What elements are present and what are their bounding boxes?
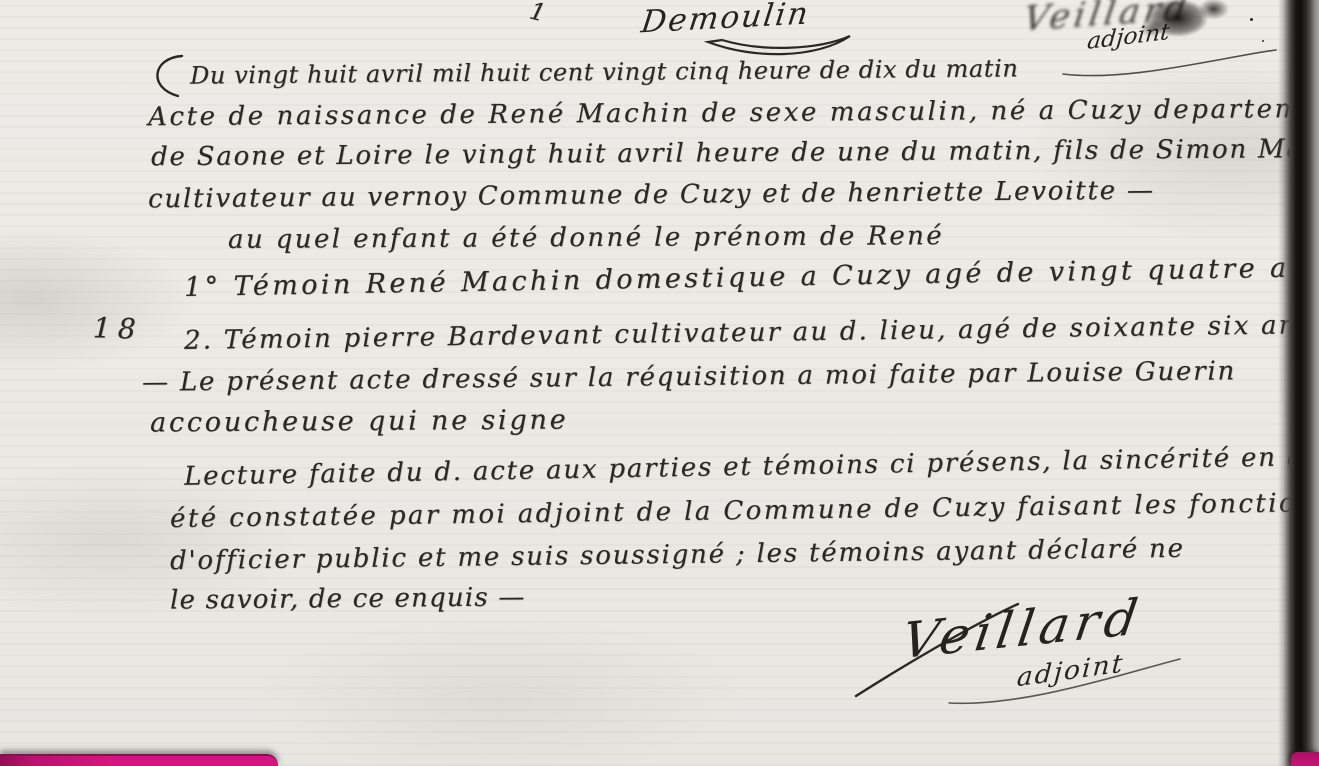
signature-underline-bottom [945,655,1185,710]
ink-speck [1250,18,1253,21]
opening-flourish [146,52,188,100]
manuscript-line-13: le savoir, de ce enquis — [170,582,526,615]
ink-blot [1128,0,1238,46]
manuscript-line-9: accoucheuse qui ne signe [150,405,569,439]
viewer-pink-corner-partial[interactable] [1291,752,1319,766]
manuscript-line-5: au quel enfant a été donné le prénom de … [228,221,944,255]
margin-act-number: 18 [92,311,143,346]
signature-underline-top [1058,48,1283,84]
page-gutter-shadow [1278,0,1319,766]
viewer-pink-button-partial[interactable] [0,754,278,766]
ink-speck [1262,40,1264,42]
archive-scan-viewport: 1 Demoulin Veillard adjoint Du vingt hui… [0,0,1319,766]
